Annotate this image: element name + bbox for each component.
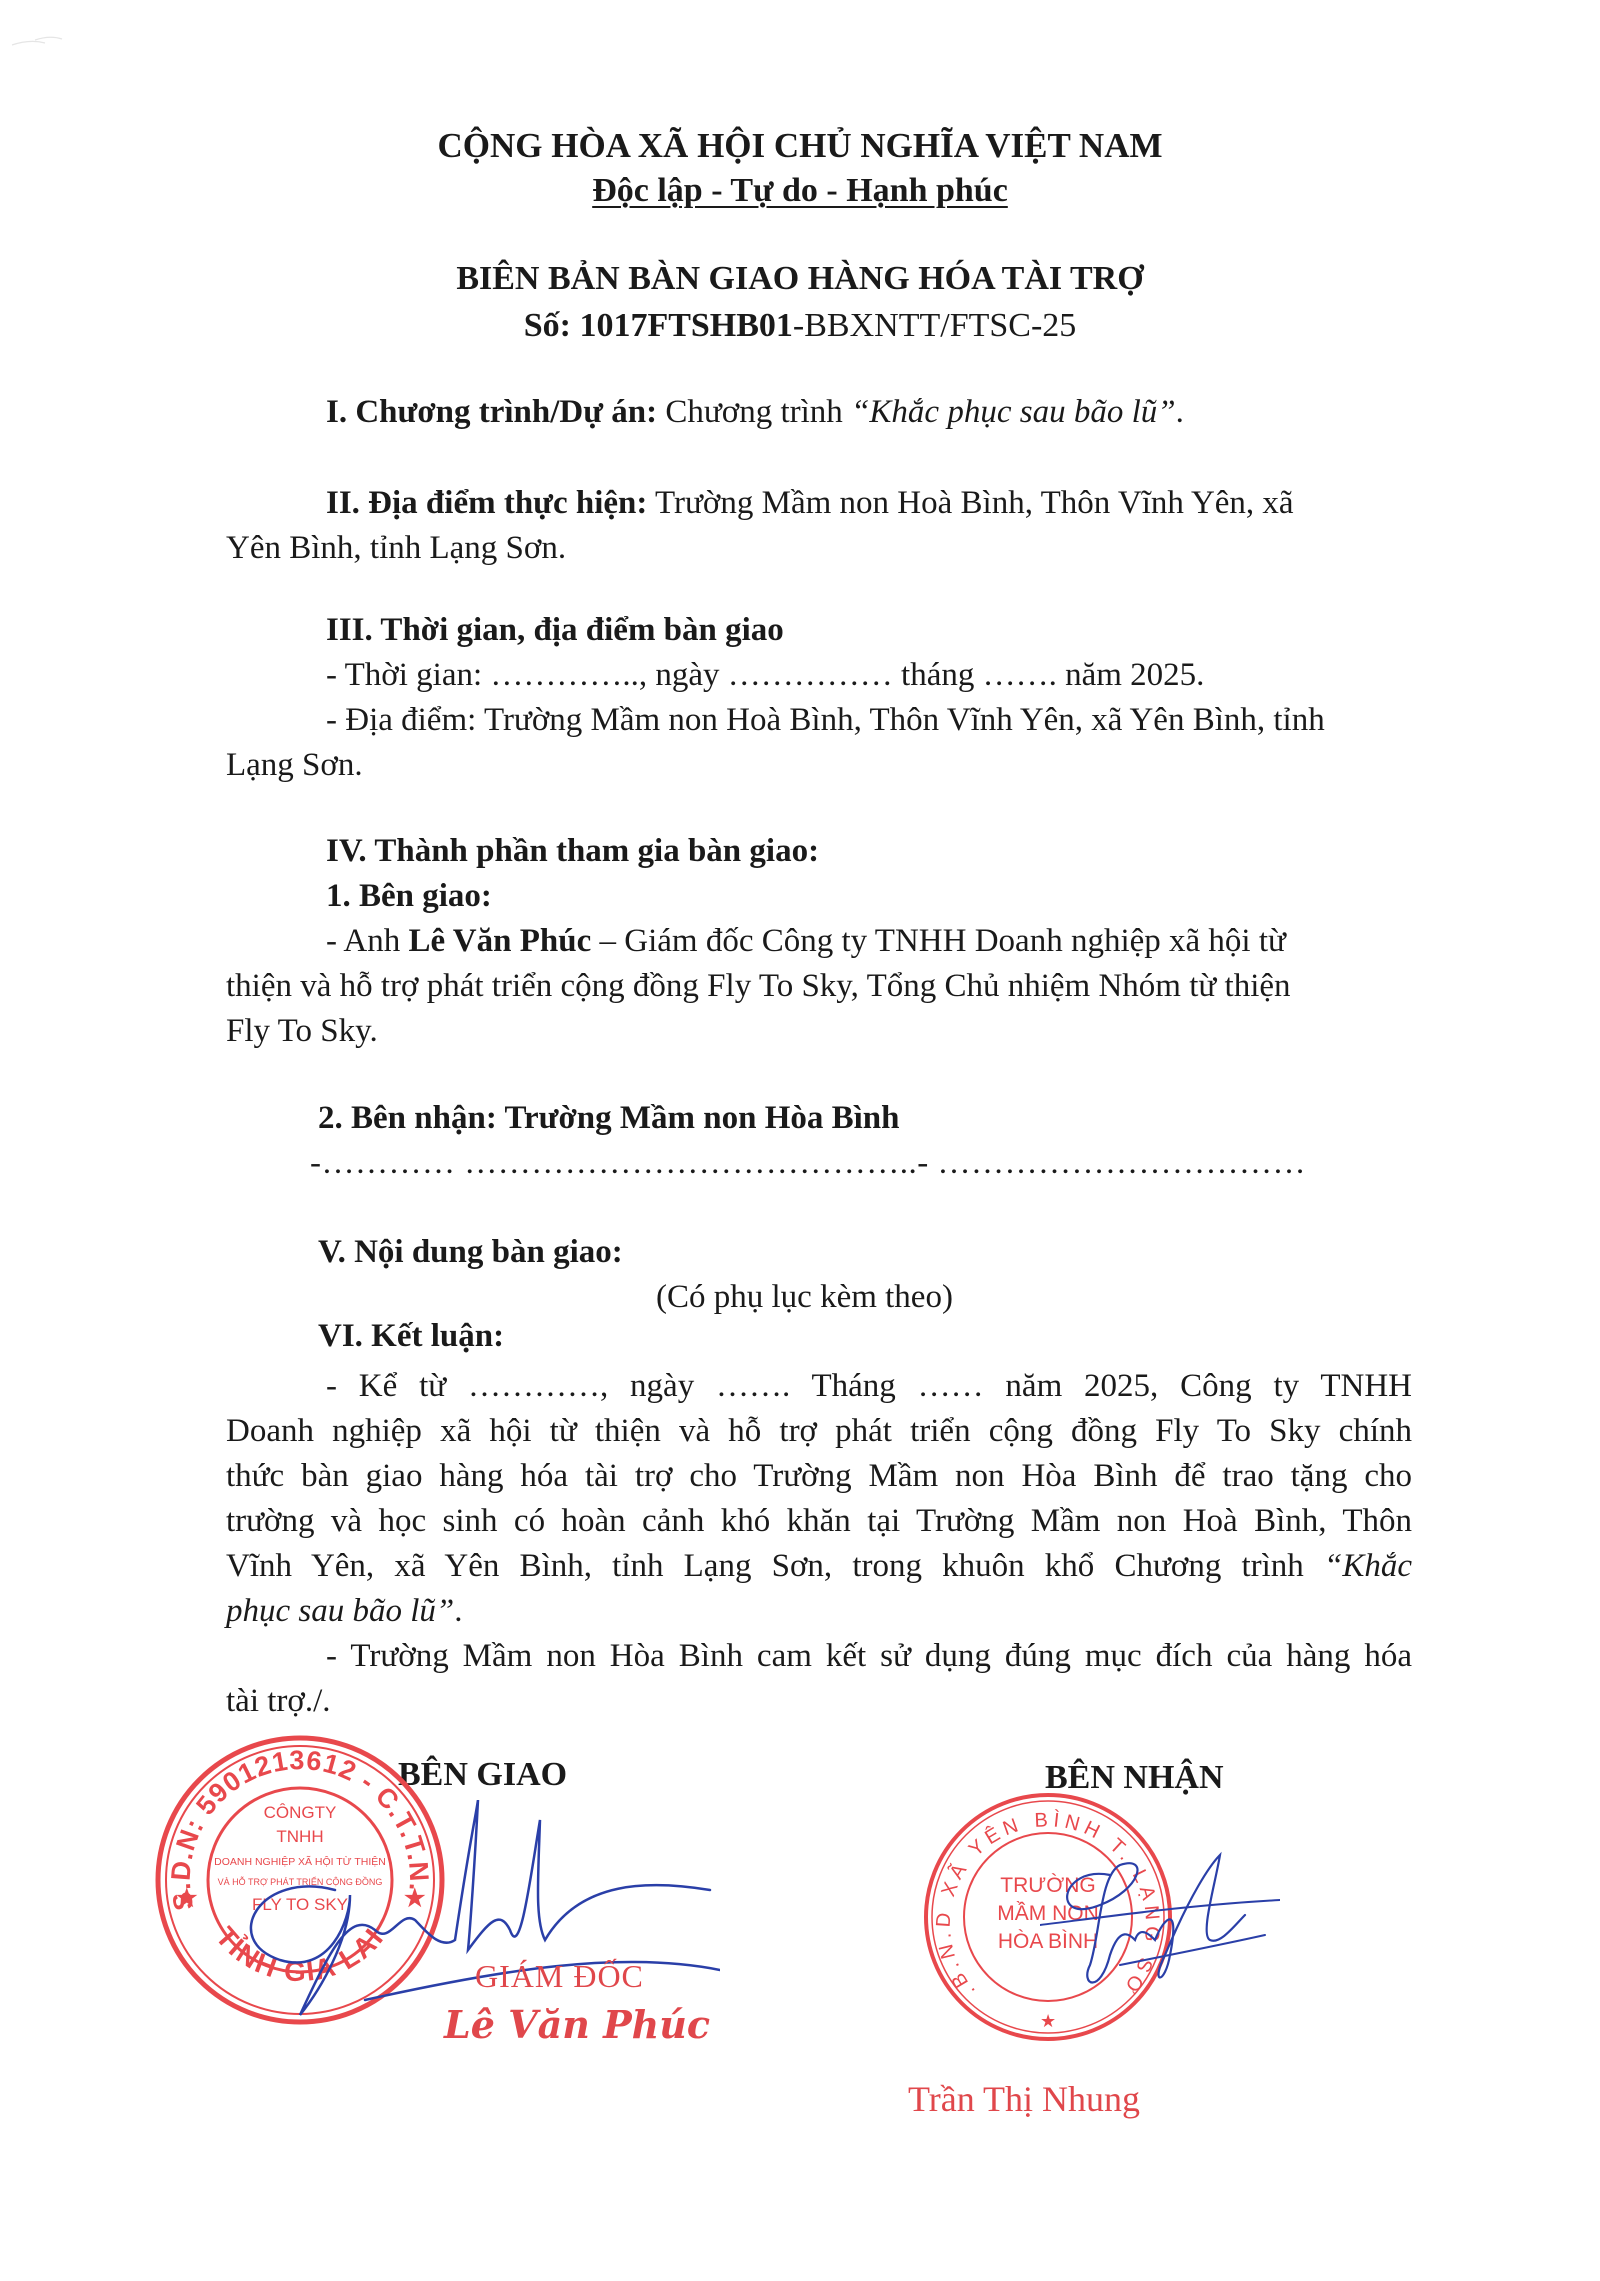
conclusion-paragraph-2: - Trường Mầm non Hòa Bình cam kết sử dụn… xyxy=(226,1634,1412,1724)
section-program: I. Chương trình/Dự án: Chương trình “Khắ… xyxy=(326,394,1184,431)
section-time-place-label: III. Thời gian, địa điểm bàn giao xyxy=(326,612,784,649)
receiver-label: 2. Bên nhận: Trường Mầm non Hòa Bình xyxy=(318,1100,900,1137)
giver-line2: thiện và hỗ trợ phát triển cộng đồng Fly… xyxy=(226,968,1291,1005)
conclusion-line: Doanh nghiệp xã hội từ thiện và hỗ trợ p… xyxy=(226,1409,1412,1454)
nation-heading: CỘNG HÒA XÃ HỘI CHỦ NGHĨA VIỆT NAM xyxy=(0,126,1600,166)
document-number: Số: 1017FTSHB01-BBXNTT/FTSC-25 xyxy=(0,307,1600,345)
program-name: “Khắc phục sau bão lũ” xyxy=(851,394,1176,430)
number-label: Số: xyxy=(524,307,580,344)
section-content-label: V. Nội dung bàn giao: xyxy=(318,1234,623,1271)
number-suffix: -BBXNTT/FTSC-25 xyxy=(793,307,1076,344)
conclusion-paragraph-1: - Kể từ …………, ngày ……. Tháng …… năm 2025… xyxy=(226,1364,1412,1634)
giver-prefix: - Anh xyxy=(326,923,409,959)
giver-label: 1. Bên giao: xyxy=(326,878,492,915)
svg-text:★: ★ xyxy=(176,1885,198,1912)
giver-signer-name: Lê Văn Phúc xyxy=(444,2002,710,2047)
handover-place-line1: - Địa điểm: Trường Mầm non Hoà Bình, Thô… xyxy=(326,702,1325,739)
section-location: II. Địa điểm thực hiện: Trường Mầm non H… xyxy=(326,485,1294,522)
conclusion-line: - Kể từ …………, ngày ……. Tháng …… năm 2025… xyxy=(226,1364,1412,1409)
giver-role: – Giám đốc Công ty TNHH Doanh nghiệp xã … xyxy=(591,923,1286,959)
section-location-line1: Trường Mầm non Hoà Bình, Thôn Vĩnh Yên, … xyxy=(647,485,1293,521)
receiver-handwritten-signature xyxy=(1040,1845,1280,1995)
motto-text: Độc lập - Tự do - Hạnh phúc xyxy=(592,172,1008,209)
handover-time: - Thời gian: ………….., ngày …………… tháng ……… xyxy=(326,657,1204,694)
conclusion-line: trường và học sinh có hoàn cảnh khó khăn… xyxy=(226,1499,1412,1544)
conclusion-line: phục sau bão lũ”. xyxy=(226,1589,1412,1634)
section-program-label: I. Chương trình/Dự án: xyxy=(326,394,657,430)
number-code: 1017FTSHB01 xyxy=(579,307,792,344)
giver-name: Lê Văn Phúc xyxy=(409,923,592,959)
section-participants-label: IV. Thành phần tham gia bàn giao: xyxy=(326,833,819,870)
giver-line1: - Anh Lê Văn Phúc – Giám đốc Công ty TNH… xyxy=(326,923,1286,960)
conclusion-line6-italic: phục sau bão lũ” xyxy=(226,1593,454,1629)
section-location-line2: Yên Bình, tỉnh Lạng Sơn. xyxy=(226,530,566,567)
document-title: BIÊN BẢN BÀN GIAO HÀNG HÓA TÀI TRỢ xyxy=(0,260,1600,298)
appendix-note: (Có phụ lục kèm theo) xyxy=(656,1279,953,1316)
conclusion-line5-italic: “Khắc xyxy=(1324,1548,1412,1584)
conclusion-line: Vĩnh Yên, xã Yên Bình, tỉnh Lạng Sơn, tr… xyxy=(226,1544,1412,1589)
handover-place-line2: Lạng Sơn. xyxy=(226,747,363,784)
giver-title: GIÁM ĐỐC xyxy=(475,1958,644,1995)
receiver-signer-name: Trần Thị Nhung xyxy=(908,2078,1140,2120)
receiver-blank-line: -………… …………………………………..- …………………………… xyxy=(310,1145,1306,1182)
section-program-text: Chương trình xyxy=(657,394,851,430)
conclusion-line5-text: Vĩnh Yên, xã Yên Bình, tỉnh Lạng Sơn, tr… xyxy=(226,1548,1324,1584)
commitment-line1: - Trường Mầm non Hòa Bình cam kết sử dụn… xyxy=(226,1634,1412,1679)
giver-line3: Fly To Sky. xyxy=(226,1013,378,1050)
svg-text:★: ★ xyxy=(1040,2011,1056,2031)
scan-artifact xyxy=(10,35,65,47)
section-program-end: . xyxy=(1176,394,1184,430)
section-location-label: II. Địa điểm thực hiện: xyxy=(326,485,647,521)
section-conclusion-label: VI. Kết luận: xyxy=(318,1318,504,1355)
commitment-line2: tài trợ./. xyxy=(226,1679,1412,1724)
conclusion-line6-end: . xyxy=(454,1593,462,1629)
motto: Độc lập - Tự do - Hạnh phúc xyxy=(0,172,1600,210)
conclusion-line: thức bàn giao hàng hóa tài trợ cho Trườn… xyxy=(226,1454,1412,1499)
